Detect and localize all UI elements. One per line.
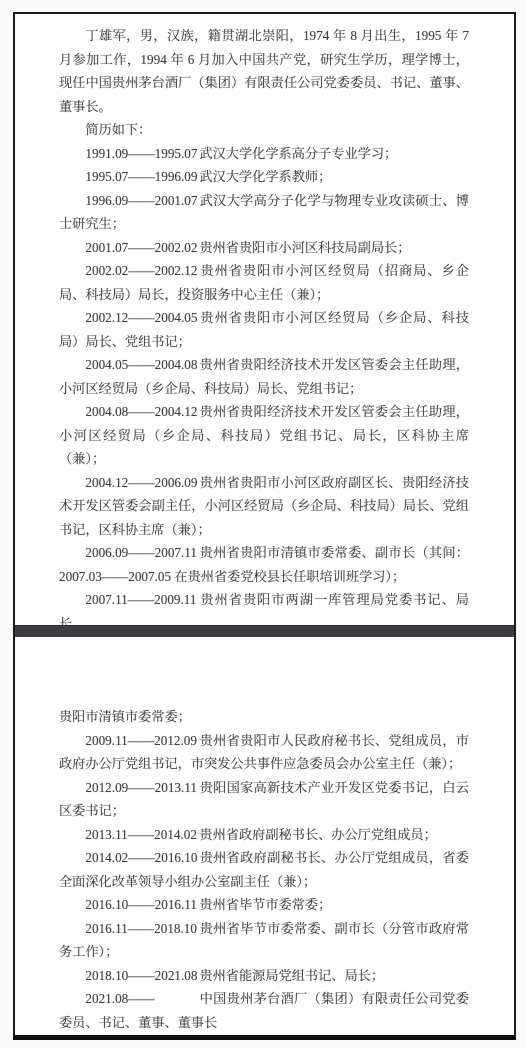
resume-entry: 2013.11——2014.02贵州省政府副秘书长、办公厅党组成员； xyxy=(59,823,469,847)
entry-text: 贵州省政府副秘书长、办公厅党组成员； xyxy=(199,827,436,842)
entry-text: 武汉大学化学系教师； xyxy=(199,169,331,184)
entry-date: 2002.12——2004.05 xyxy=(85,306,199,330)
resume-entry: 1991.09——1995.07武汉大学化学系高分子专业学习； xyxy=(59,142,469,166)
resume-entry: 2021.08——中国贵州茅台酒厂（集团）有限责任公司党委委员、书记、董事、董事… xyxy=(59,987,469,1034)
resume-entry: 2009.11——2012.09贵州省贵阳市人民政府秘书长、党组成员，市政府办公… xyxy=(59,729,469,776)
resume-entry: 2007.11——2009.11贵州省贵阳市两湖一库管理局党委书记、局长， xyxy=(59,588,469,625)
entry-date: 1995.07——1996.09 xyxy=(85,165,199,189)
entry-text: 贵州省毕节市委常委； xyxy=(199,897,331,912)
document-page-1: 丁雄军，男，汉族，籍贯湖北崇阳，1974 年 8 月出生，1995 年 7 月参… xyxy=(15,14,514,625)
resume-entry: 1996.09——2001.07武汉大学高分子化学与物理专业攻读硕士、博士研究生… xyxy=(59,189,469,236)
entry-date: 2009.11——2012.09 xyxy=(85,729,199,753)
entry-date: 2004.05——2004.08 xyxy=(85,353,199,377)
entry-date: 2007.11——2009.11 xyxy=(85,588,199,612)
entry-date: 1996.09——2001.07 xyxy=(85,189,199,213)
entry-date: 2014.02——2016.10 xyxy=(85,846,199,870)
entry-date: 1991.09——1995.07 xyxy=(85,142,199,166)
resume-entry: 2004.05——2004.08贵州省贵阳经济技术开发区管委会主任助理，小河区经… xyxy=(59,353,469,400)
resume-entry: 2002.02——2002.12贵州省贵阳市小河区经贸局（招商局、乡企局、科技局… xyxy=(59,259,469,306)
entry-date: 2002.02——2002.12 xyxy=(85,259,199,283)
resume-entry: 2001.07——2002.02贵州省贵阳市小河区科技局副局长； xyxy=(59,236,469,260)
entry-date: 2016.10——2016.11 xyxy=(85,893,199,917)
resume-entry: 2014.02——2016.10贵州省政府副秘书长、办公厅党组成员，省委全面深化… xyxy=(59,846,469,893)
resume-entry: 2006.09——2007.11贵州省贵阳市清镇市委常委、副市长（其间：2007… xyxy=(59,541,469,588)
entry-date: 2018.10——2021.08 xyxy=(85,964,199,988)
resume-entry: 2016.11——2018.10贵州省毕节市委常委、副市长（分管市政府常务工作）… xyxy=(59,917,469,964)
document-sheet: 丁雄军，男，汉族，籍贯湖北崇阳，1974 年 8 月出生，1995 年 7 月参… xyxy=(13,12,516,1040)
resume-heading: 简历如下： xyxy=(59,118,469,142)
entry-date: 2016.11——2018.10 xyxy=(85,917,199,941)
entry-date: 2001.07——2002.02 xyxy=(85,236,199,260)
entry-date: 2004.08——2004.12 xyxy=(85,400,199,424)
entry-date: 2013.11——2014.02 xyxy=(85,823,199,847)
entry-text: 武汉大学化学系高分子专业学习； xyxy=(199,146,397,161)
resume-entry: 2012.09——2013.11贵阳国家高新技术产业开发区党委书记，白云区委书记… xyxy=(59,776,469,823)
entry-date: 2012.09——2013.11 xyxy=(85,776,199,800)
intro-paragraph: 丁雄军，男，汉族，籍贯湖北崇阳，1974 年 8 月出生，1995 年 7 月参… xyxy=(59,24,469,118)
resume-entry: 2002.12——2004.05贵州省贵阳市小河区经贸局（乡企局、科技局）局长、… xyxy=(59,306,469,353)
entry-date: 2006.09——2007.11 xyxy=(85,541,199,565)
carryover-line: 贵阳市清镇市委常委； xyxy=(59,705,469,729)
resume-entry: 2004.08——2004.12贵州省贵阳经济技术开发区管委会主任助理，小河区经… xyxy=(59,400,469,471)
entry-text: 贵州省能源局党组书记、局长； xyxy=(199,968,384,983)
entry-text: 贵州省贵阳市小河区科技局副局长； xyxy=(199,240,410,255)
resume-entry: 1995.07——1996.09武汉大学化学系教师； xyxy=(59,165,469,189)
resume-entry: 2018.10——2021.08贵州省能源局党组书记、局长； xyxy=(59,964,469,988)
resume-entry: 2004.12——2006.09贵州省贵阳市小河区政府副区长、贵阳经济技术开发区… xyxy=(59,471,469,542)
entry-date: 2004.12——2006.09 xyxy=(85,471,199,495)
page-break-bar xyxy=(15,625,514,637)
resume-entry: 2016.10——2016.11贵州省毕节市委常委； xyxy=(59,893,469,917)
entry-date: 2021.08—— xyxy=(85,987,199,1011)
document-page-2: 贵阳市清镇市委常委； 2009.11——2012.09贵州省贵阳市人民政府秘书长… xyxy=(15,637,514,1035)
